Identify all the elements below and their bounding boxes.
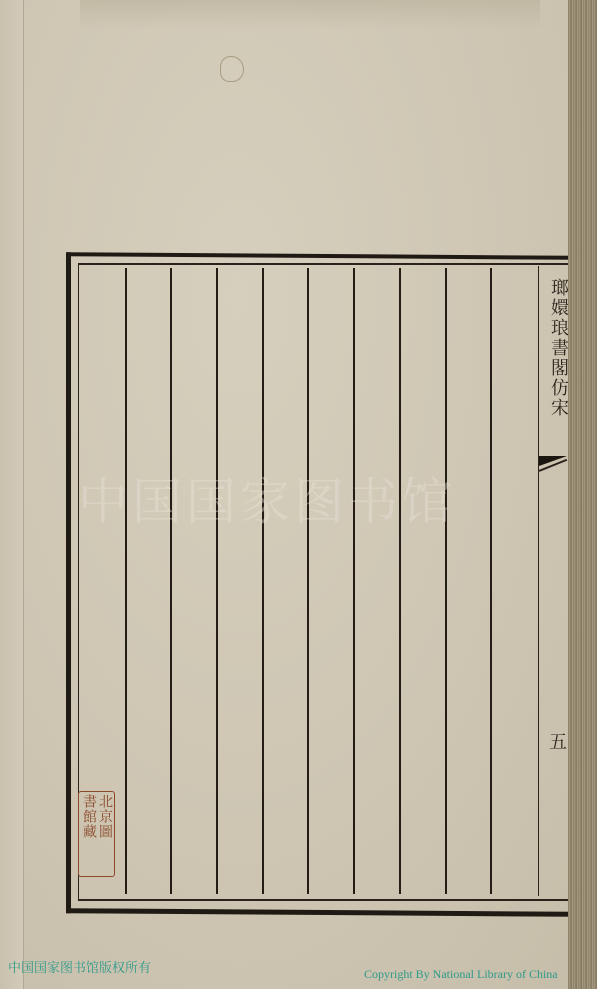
column-rule (399, 268, 401, 894)
column-rule (125, 268, 127, 894)
stain-spot (220, 56, 244, 82)
library-watermark: 中国国家图书馆 (78, 462, 538, 534)
column-rule (170, 268, 172, 894)
column-rule (353, 268, 355, 894)
scanned-page: 瑯嬛琅書閣仿宋 五 中国国家图书馆 北京圖 書館藏 中国国家图书馆版权所有 Co… (0, 0, 597, 989)
collector-seal: 北京圖 書館藏 (78, 791, 115, 877)
seal-text-col-1: 北京圖 (97, 794, 112, 874)
column-rule (490, 268, 492, 894)
inner-border-frame (78, 263, 569, 901)
copyright-english: Copyright By National Library of China (364, 967, 558, 982)
column-rule (445, 268, 447, 894)
banxin-title: 瑯嬛琅書閣仿宋 (548, 278, 568, 418)
water-stain (80, 0, 540, 30)
seal-text-col-2: 書館藏 (81, 794, 96, 874)
copyright-chinese: 中国国家图书馆版权所有 (8, 957, 151, 976)
column-rule (262, 268, 264, 894)
column-rule (216, 268, 218, 894)
column-rule (307, 268, 309, 894)
banxin-page-marker: 五 (549, 728, 567, 754)
page-edges-stack (568, 0, 597, 989)
left-binding-margin (0, 0, 24, 989)
